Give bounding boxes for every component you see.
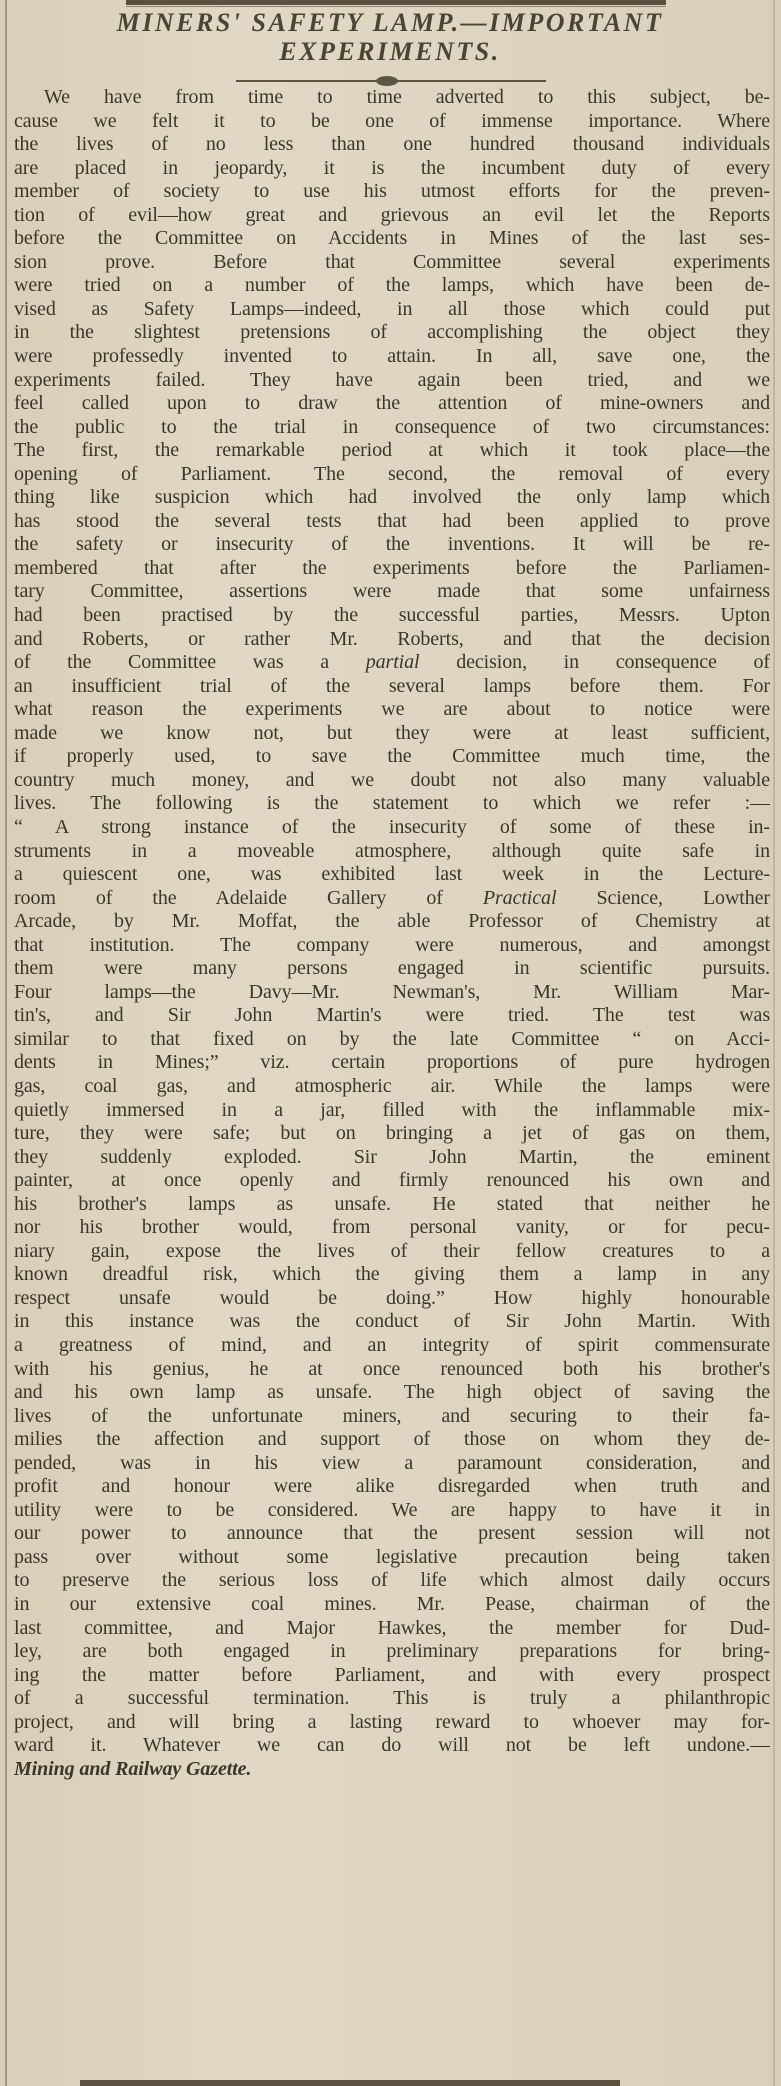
article-line: the lives of no less than one hundred th… xyxy=(14,133,770,157)
article-line: in our extensive coal mines. Mr. Pease, … xyxy=(14,1593,770,1617)
article-line: ley, are both engaged in preliminary pre… xyxy=(14,1640,770,1664)
article-line: ing the matter before Parliament, and wi… xyxy=(14,1664,770,1688)
article-body: We have from time to time adverted to th… xyxy=(14,86,770,1781)
article-line: ward it. Whatever we can do will not be … xyxy=(14,1734,770,1758)
article-line: our power to announce that the present s… xyxy=(14,1522,770,1546)
article-line: vised as Safety Lamps—indeed, in all tho… xyxy=(14,298,770,322)
article-line: what reason the experiments we are about… xyxy=(14,698,770,722)
divider-ornament-icon xyxy=(376,76,398,86)
italic-emphasis: partial xyxy=(366,651,420,673)
article-line: country much money, and we doubt not als… xyxy=(14,769,770,793)
article-line: known dreadful risk, which the giving th… xyxy=(14,1263,770,1287)
article-line: similar to that fixed on by the late Com… xyxy=(14,1028,770,1052)
headline-line-2: EXPERIMENTS. xyxy=(20,37,760,66)
article-line: his brother's lamps as unsafe. He stated… xyxy=(14,1193,770,1217)
article-line: a quiescent one, was exhibited last week… xyxy=(14,863,770,887)
article-line: made we know not, but they were at least… xyxy=(14,722,770,746)
article-line: the public to the trial in consequence o… xyxy=(14,416,770,440)
article-line: before the Committee on Accidents in Min… xyxy=(14,227,770,251)
article-line: to preserve the serious loss of life whi… xyxy=(14,1569,770,1593)
column-rule-right xyxy=(773,0,775,2086)
article-line: The first, the remarkable period at whic… xyxy=(14,439,770,463)
article-line: that institution. The company were numer… xyxy=(14,934,770,958)
article-line: opening of Parliament. The second, the r… xyxy=(14,463,770,487)
article-line: nor his brother would, from personal van… xyxy=(14,1216,770,1240)
article-line: sion prove. Before that Committee severa… xyxy=(14,251,770,275)
article-line: are placed in jeopardy, it is the incumb… xyxy=(14,157,770,181)
article-line: milies the affection and support of thos… xyxy=(14,1428,770,1452)
column-rule-left xyxy=(5,0,7,2086)
article-line: “ A strong instance of the insecurity of… xyxy=(14,816,770,840)
article-line: the safety or insecurity of the inventio… xyxy=(14,533,770,557)
article-line: with his genius, he at once renounced bo… xyxy=(14,1358,770,1382)
top-separator-rule xyxy=(126,0,666,5)
article-line: an insufficient trial of the several lam… xyxy=(14,675,770,699)
article-line: feel called upon to draw the attention o… xyxy=(14,392,770,416)
article-line: of the Committee was a partial decision,… xyxy=(14,651,770,675)
article-line: utility were to be considered. We are ha… xyxy=(14,1499,770,1523)
article-headline: MINERS' SAFETY LAMP.—IMPORTANT EXPERIMEN… xyxy=(20,8,760,66)
article-line: lives. The following is the statement to… xyxy=(14,792,770,816)
article-line: and Roberts, or rather Mr. Roberts, and … xyxy=(14,628,770,652)
article-line: membered that after the experiments befo… xyxy=(14,557,770,581)
article-source: Mining and Railway Gazette. xyxy=(14,1758,770,1782)
article-line: painter, at once openly and firmly renou… xyxy=(14,1169,770,1193)
article-line: respect unsafe would be doing.” How high… xyxy=(14,1287,770,1311)
bottom-separator-rule xyxy=(80,2080,620,2086)
article-line: tary Committee, assertions were made tha… xyxy=(14,580,770,604)
article-line: pass over without some legislative preca… xyxy=(14,1546,770,1570)
top-separator-thin-rule xyxy=(126,6,666,7)
article-line: project, and will bring a lasting reward… xyxy=(14,1711,770,1735)
article-line: profit and honour were alike disregarded… xyxy=(14,1475,770,1499)
article-line: ture, they were safe; but on bringing a … xyxy=(14,1122,770,1146)
article-line: gas, coal gas, and atmospheric air. Whil… xyxy=(14,1075,770,1099)
headline-line-1: MINERS' SAFETY LAMP.—IMPORTANT xyxy=(20,8,760,37)
article-line: We have from time to time adverted to th… xyxy=(14,86,770,110)
article-line: room of the Adelaide Gallery of Practica… xyxy=(14,887,770,911)
article-line: niary gain, expose the lives of their fe… xyxy=(14,1240,770,1264)
article-line: Four lamps—the Davy—Mr. Newman's, Mr. Wi… xyxy=(14,981,770,1005)
article-line: if properly used, to save the Committee … xyxy=(14,745,770,769)
article-line: a greatness of mind, and an integrity of… xyxy=(14,1334,770,1358)
article-line: experiments failed. They have again been… xyxy=(14,369,770,393)
article-line: were professedly invented to attain. In … xyxy=(14,345,770,369)
article-line: has stood the several tests that had bee… xyxy=(14,510,770,534)
article-line: last committee, and Major Hawkes, the me… xyxy=(14,1617,770,1641)
article-line: were tried on a number of the lamps, whi… xyxy=(14,274,770,298)
article-line: in this instance was the conduct of Sir … xyxy=(14,1310,770,1334)
article-line: struments in a moveable atmosphere, alth… xyxy=(14,840,770,864)
article-line: quietly immersed in a jar, filled with t… xyxy=(14,1099,770,1123)
article-line: dents in Mines;” viz. certain proportion… xyxy=(14,1051,770,1075)
italic-emphasis: Practical xyxy=(483,887,557,909)
article-line: and his own lamp as unsafe. The high obj… xyxy=(14,1381,770,1405)
article-line: tin's, and Sir John Martin's were tried.… xyxy=(14,1004,770,1028)
article-line: lives of the unfortunate miners, and sec… xyxy=(14,1405,770,1429)
article-line: them were many persons engaged in scient… xyxy=(14,957,770,981)
article-line: Arcade, by Mr. Moffat, the able Professo… xyxy=(14,910,770,934)
article-line: of a successful termination. This is tru… xyxy=(14,1687,770,1711)
article-line: pended, was in his view a paramount cons… xyxy=(14,1452,770,1476)
article-line: they suddenly exploded. Sir John Martin,… xyxy=(14,1146,770,1170)
article-line: in the slightest pretensions of accompli… xyxy=(14,321,770,345)
article-line: had been practised by the successful par… xyxy=(14,604,770,628)
article-line: member of society to use his utmost effo… xyxy=(14,180,770,204)
article-line: cause we felt it to be one of immense im… xyxy=(14,110,770,134)
article-line: tion of evil—how great and grievous an e… xyxy=(14,204,770,228)
article-line: thing like suspicion which had involved … xyxy=(14,486,770,510)
ornamental-divider xyxy=(236,76,546,86)
